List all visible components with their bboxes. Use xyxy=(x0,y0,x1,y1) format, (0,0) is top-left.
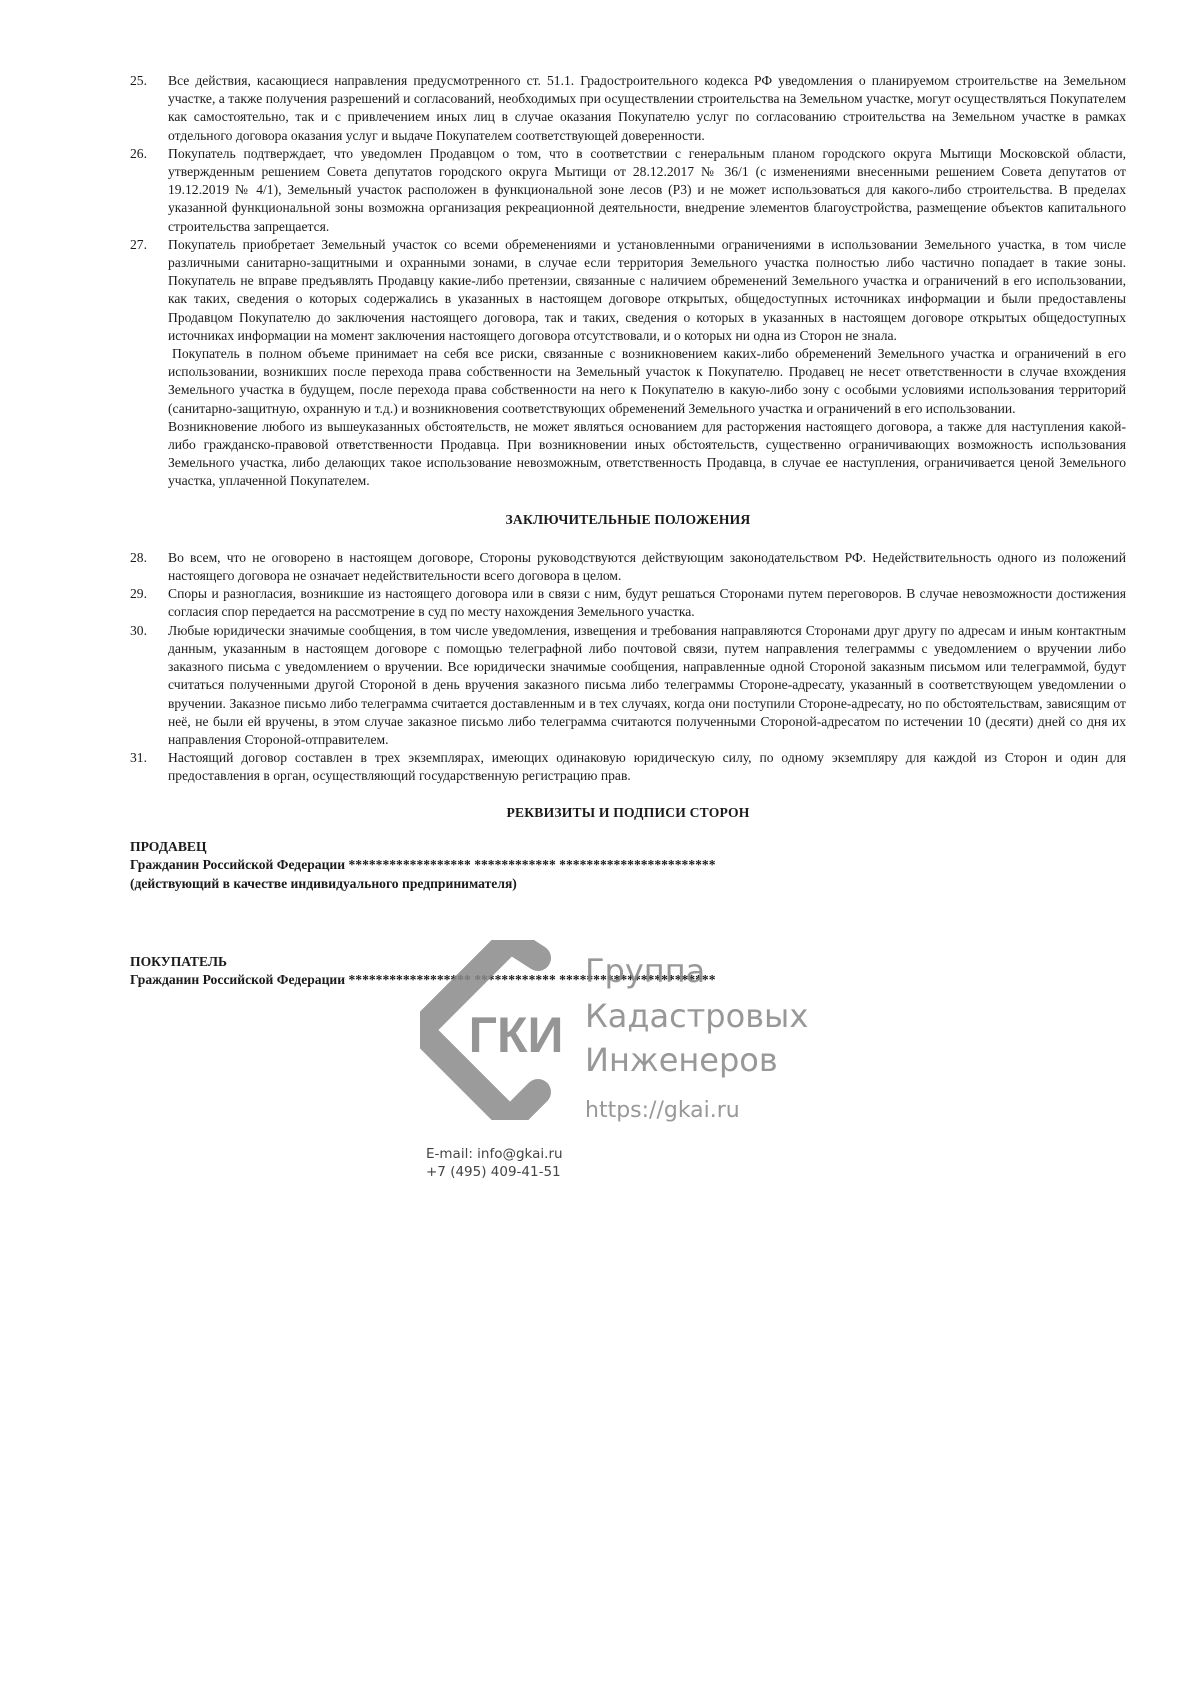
clause-number: 31. xyxy=(130,749,168,785)
seller-role: ПРОДАВЕЦ xyxy=(130,838,1126,856)
clause-number: 30. xyxy=(130,622,168,749)
seller-block: ПРОДАВЕЦ Гражданин Российской Федерации … xyxy=(130,838,1126,893)
clauses-list-final: 28.Во всем, что не оговорено в настоящем… xyxy=(130,549,1126,786)
logo-text: ГКИ xyxy=(469,1007,564,1063)
clause-number: 26. xyxy=(130,145,168,236)
watermark-email: E-mail: info@gkai.ru xyxy=(426,1145,563,1163)
clause-body: Покупатель подтверждает, что уведомлен П… xyxy=(168,145,1126,236)
clause-number: 29. xyxy=(130,585,168,621)
clause-body: Все действия, касающиеся направления пре… xyxy=(168,72,1126,145)
watermark-line-3: Инженеров xyxy=(585,1041,778,1079)
clause-paragraph: Все действия, касающиеся направления пре… xyxy=(168,72,1126,145)
clause-body: Покупатель приобретает Земельный участок… xyxy=(168,236,1126,491)
watermark-phone: +7 (495) 409-41-51 xyxy=(426,1163,563,1181)
seller-citizenship-line: Гражданин Российской Федерации *********… xyxy=(130,856,1126,874)
clause-item: 28.Во всем, что не оговорено в настоящем… xyxy=(130,549,1126,585)
section-title-signatures: РЕКВИЗИТЫ И ПОДПИСИ СТОРОН xyxy=(130,804,1126,822)
clause-item: 30.Любые юридически значимые сообщения, … xyxy=(130,622,1126,749)
clause-paragraph: Покупатель приобретает Земельный участок… xyxy=(168,236,1126,345)
buyer-block: ПОКУПАТЕЛЬ Гражданин Российской Федераци… xyxy=(130,953,1126,990)
document-content: 25.Все действия, касающиеся направления … xyxy=(130,72,1126,990)
watermark-url: https://gkai.ru xyxy=(585,1098,740,1123)
section-title-final-provisions: ЗАКЛЮЧИТЕЛЬНЫЕ ПОЛОЖЕНИЯ xyxy=(130,511,1126,529)
clause-text: Любые юридически значимые сообщения, в т… xyxy=(168,622,1126,749)
clause-number: 28. xyxy=(130,549,168,585)
watermark-line-2: Кадастровых xyxy=(585,997,808,1035)
clauses-list-risks: 25.Все действия, касающиеся направления … xyxy=(130,72,1126,491)
clause-paragraph: Возникновение любого из вышеуказанных об… xyxy=(168,418,1126,491)
clause-number: 27. xyxy=(130,236,168,491)
clause-item: 31.Настоящий договор составлен в трех эк… xyxy=(130,749,1126,785)
buyer-role: ПОКУПАТЕЛЬ xyxy=(130,953,1126,971)
clause-item: 25.Все действия, касающиеся направления … xyxy=(130,72,1126,145)
clause-paragraph: Покупатель в полном объеме принимает на … xyxy=(168,345,1126,418)
clause-text: Настоящий договор составлен в трех экзем… xyxy=(168,749,1126,785)
clause-item: 26.Покупатель подтверждает, что уведомле… xyxy=(130,145,1126,236)
clause-paragraph: Покупатель подтверждает, что уведомлен П… xyxy=(168,145,1126,236)
watermark-contacts: E-mail: info@gkai.ru +7 (495) 409-41-51 xyxy=(426,1145,563,1181)
buyer-citizenship-line: Гражданин Российской Федерации *********… xyxy=(130,971,1126,989)
clause-text: Во всем, что не оговорено в настоящем до… xyxy=(168,549,1126,585)
clause-item: 27.Покупатель приобретает Земельный учас… xyxy=(130,236,1126,491)
clause-text: Споры и разногласия, возникшие из настоя… xyxy=(168,585,1126,621)
clause-number: 25. xyxy=(130,72,168,145)
clause-item: 29.Споры и разногласия, возникшие из нас… xyxy=(130,585,1126,621)
seller-note: (действующий в качестве индивидуального … xyxy=(130,875,1126,893)
document-page: 25.Все действия, касающиеся направления … xyxy=(0,0,1200,1697)
